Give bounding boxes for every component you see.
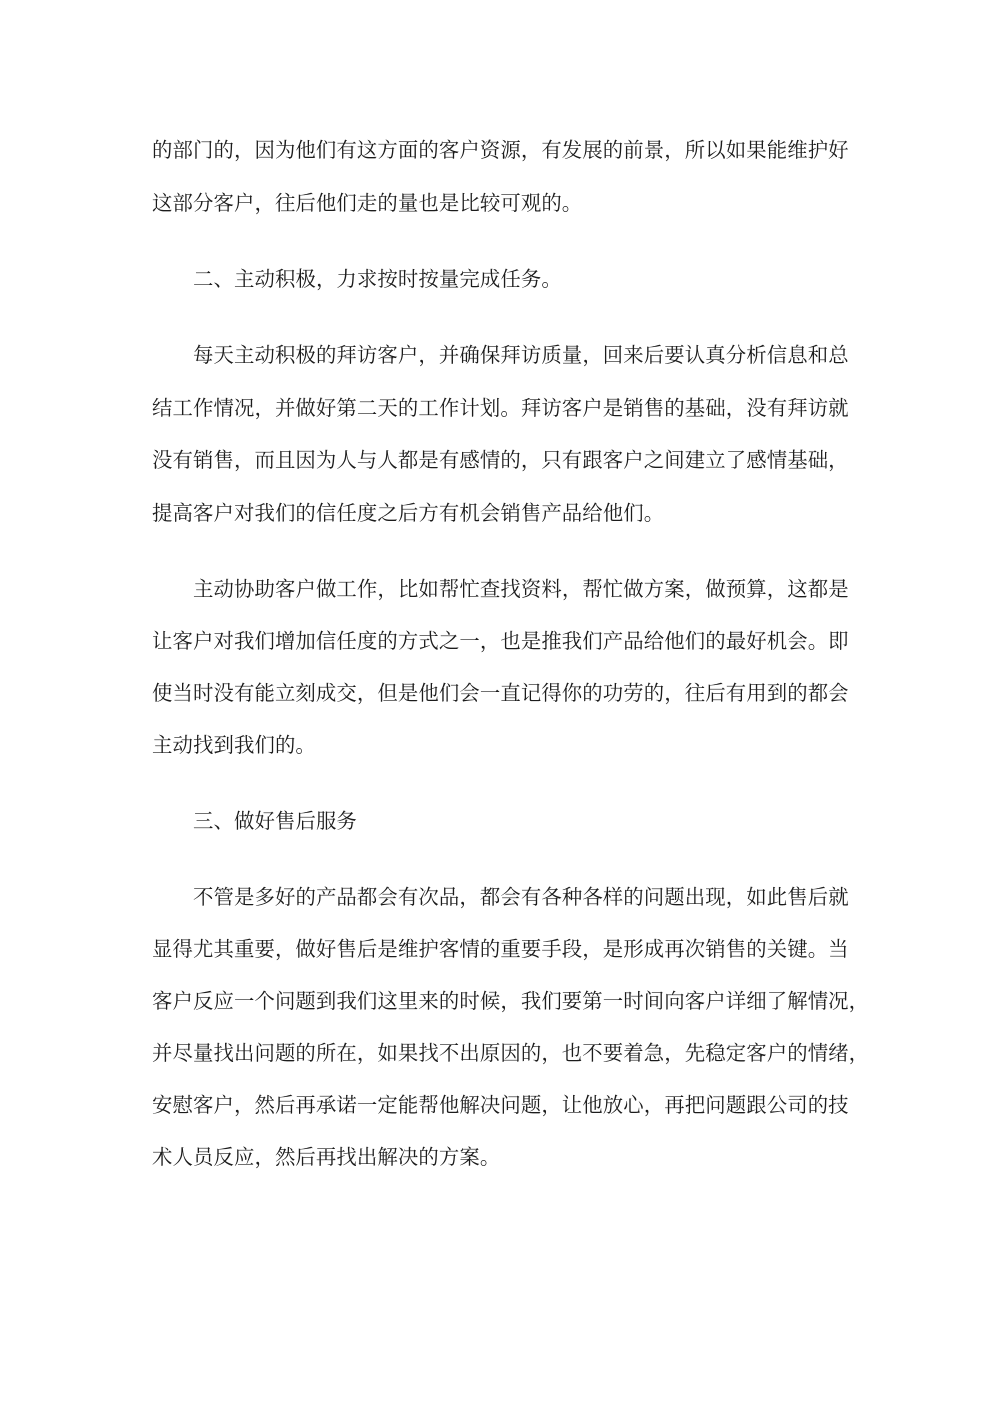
- text-line: 让客户对我们增加信任度的方式之一，也是推我们产品给他们的最好机会。即: [152, 627, 852, 655]
- text-line: 结工作情况，并做好第二天的工作计划。拜访客户是销售的基础，没有拜访就: [152, 394, 852, 422]
- text-line: 不管是多好的产品都会有次品，都会有各种各样的问题出现，如此售后就: [193, 883, 893, 911]
- text-line: 使当时没有能立刻成交，但是他们会一直记得你的功劳的，往后有用到的都会: [152, 679, 852, 707]
- heading-text: 三、做好售后服务: [193, 807, 893, 835]
- text-line: 安慰客户，然后再承诺一定能帮他解决问题，让他放心，再把问题跟公司的技: [152, 1091, 852, 1119]
- text-line: 的部门的，因为他们有这方面的客户资源，有发展的前景，所以如果能维护好: [152, 136, 852, 164]
- text-line: 每天主动积极的拜访客户，并确保拜访质量，回来后要认真分析信息和总: [193, 341, 893, 369]
- text-line: 术人员反应，然后再找出解决的方案。: [152, 1143, 852, 1171]
- text-line: 显得尤其重要，做好售后是维护客情的重要手段，是形成再次销售的关键。当: [152, 935, 852, 963]
- text-line: 没有销售，而且因为人与人都是有感情的，只有跟客户之间建立了感情基础，: [152, 446, 852, 474]
- text-line: 主动协助客户做工作，比如帮忙查找资料，帮忙做方案，做预算，这都是: [193, 575, 893, 603]
- text-line: 这部分客户，往后他们走的量也是比较可观的。: [152, 189, 852, 217]
- heading-text: 二、主动积极，力求按时按量完成任务。: [193, 265, 893, 293]
- text-line: 提高客户对我们的信任度之后方有机会销售产品给他们。: [152, 499, 852, 527]
- document-page: 的部门的，因为他们有这方面的客户资源，有发展的前景，所以如果能维护好 这部分客户…: [0, 0, 1000, 1415]
- text-line: 并尽量找出问题的所在，如果找不出原因的，也不要着急，先稳定客户的情绪，: [152, 1039, 852, 1067]
- text-line: 主动找到我们的。: [152, 731, 852, 759]
- text-line: 客户反应一个问题到我们这里来的时候，我们要第一时间向客户详细了解情况，: [152, 987, 852, 1015]
